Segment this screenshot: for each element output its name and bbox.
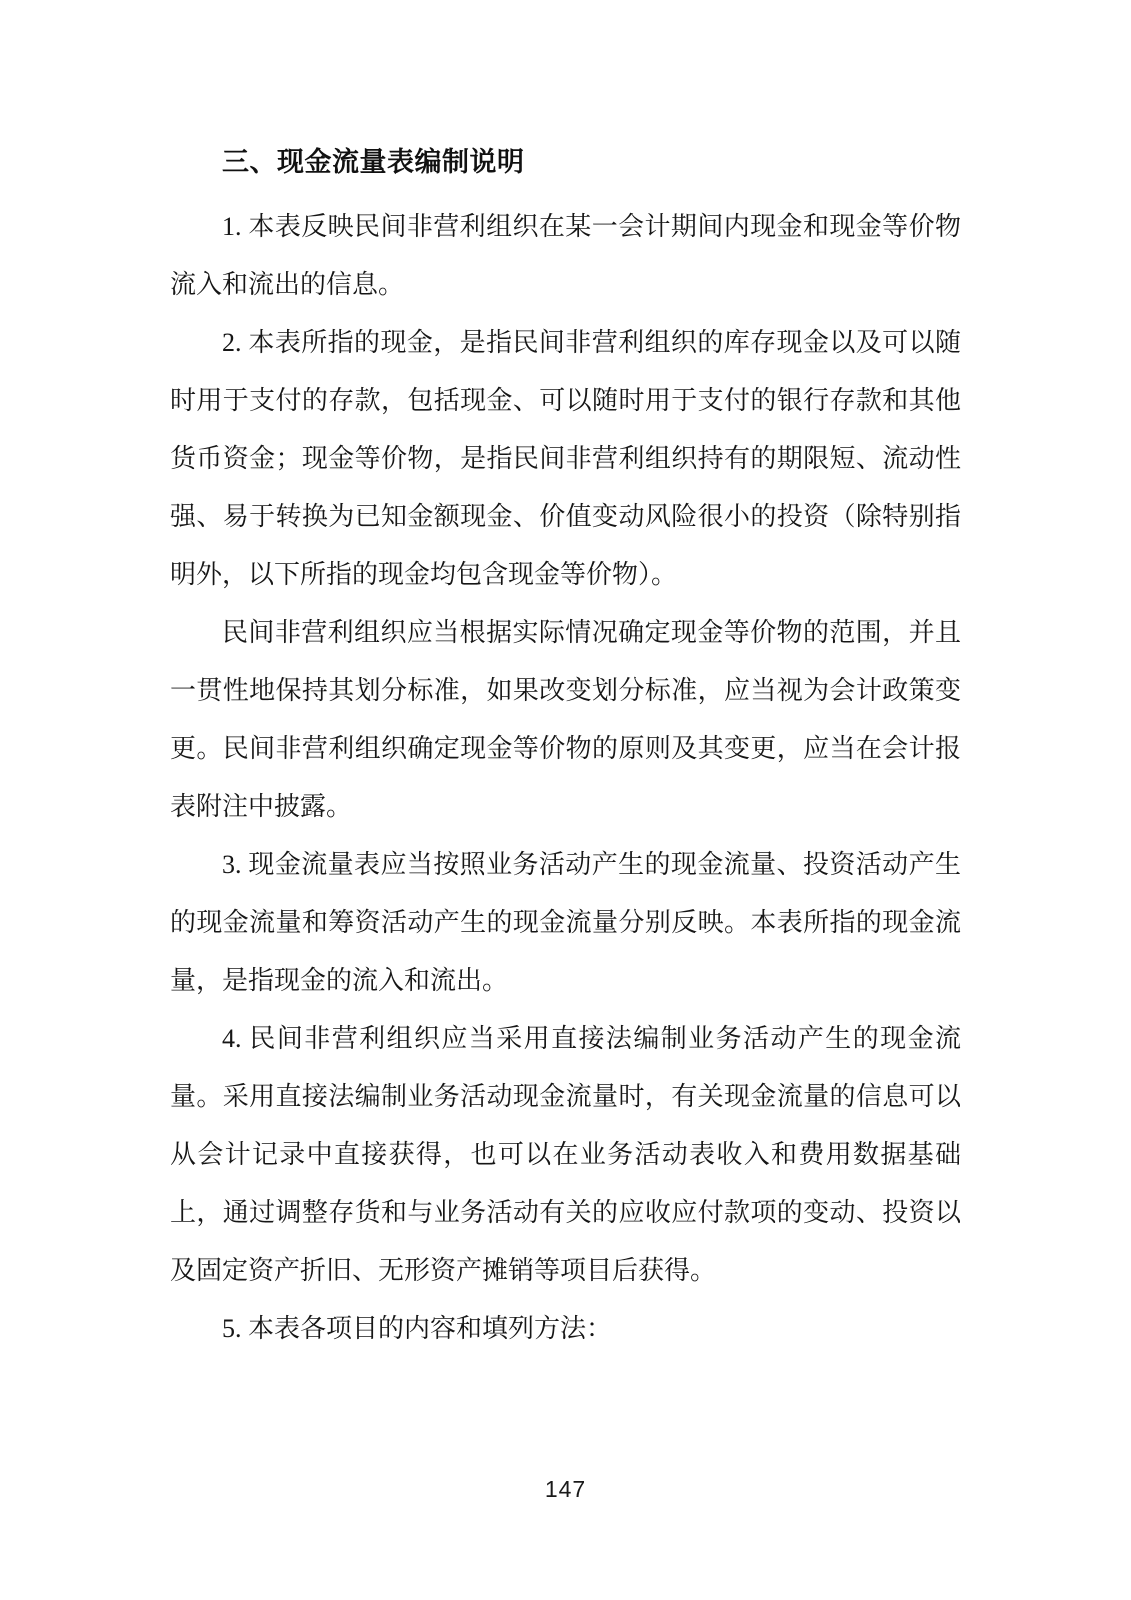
paragraph-4: 3. 现金流量表应当按照业务活动产生的现金流量、投资活动产生的现金流量和筹资活动… [170, 836, 961, 1010]
paragraph-2: 2. 本表所指的现金，是指民间非营利组织的库存现金以及可以随时用于支付的存款，包… [170, 314, 961, 604]
page-number: 147 [0, 1476, 1131, 1503]
paragraph-3: 民间非营利组织应当根据实际情况确定现金等价物的范围，并且一贯性地保持其划分标准，… [170, 604, 961, 836]
document-content: 三、现金流量表编制说明 1. 本表反映民间非营利组织在某一会计期间内现金和现金等… [170, 142, 961, 1358]
paragraph-1: 1. 本表反映民间非营利组织在某一会计期间内现金和现金等价物流入和流出的信息。 [170, 198, 961, 314]
paragraph-6: 5. 本表各项目的内容和填列方法： [170, 1300, 961, 1358]
section-heading: 三、现金流量表编制说明 [170, 142, 961, 182]
document-page: 三、现金流量表编制说明 1. 本表反映民间非营利组织在某一会计期间内现金和现金等… [0, 0, 1131, 1600]
paragraph-5: 4. 民间非营利组织应当采用直接法编制业务活动产生的现金流量。采用直接法编制业务… [170, 1010, 961, 1300]
